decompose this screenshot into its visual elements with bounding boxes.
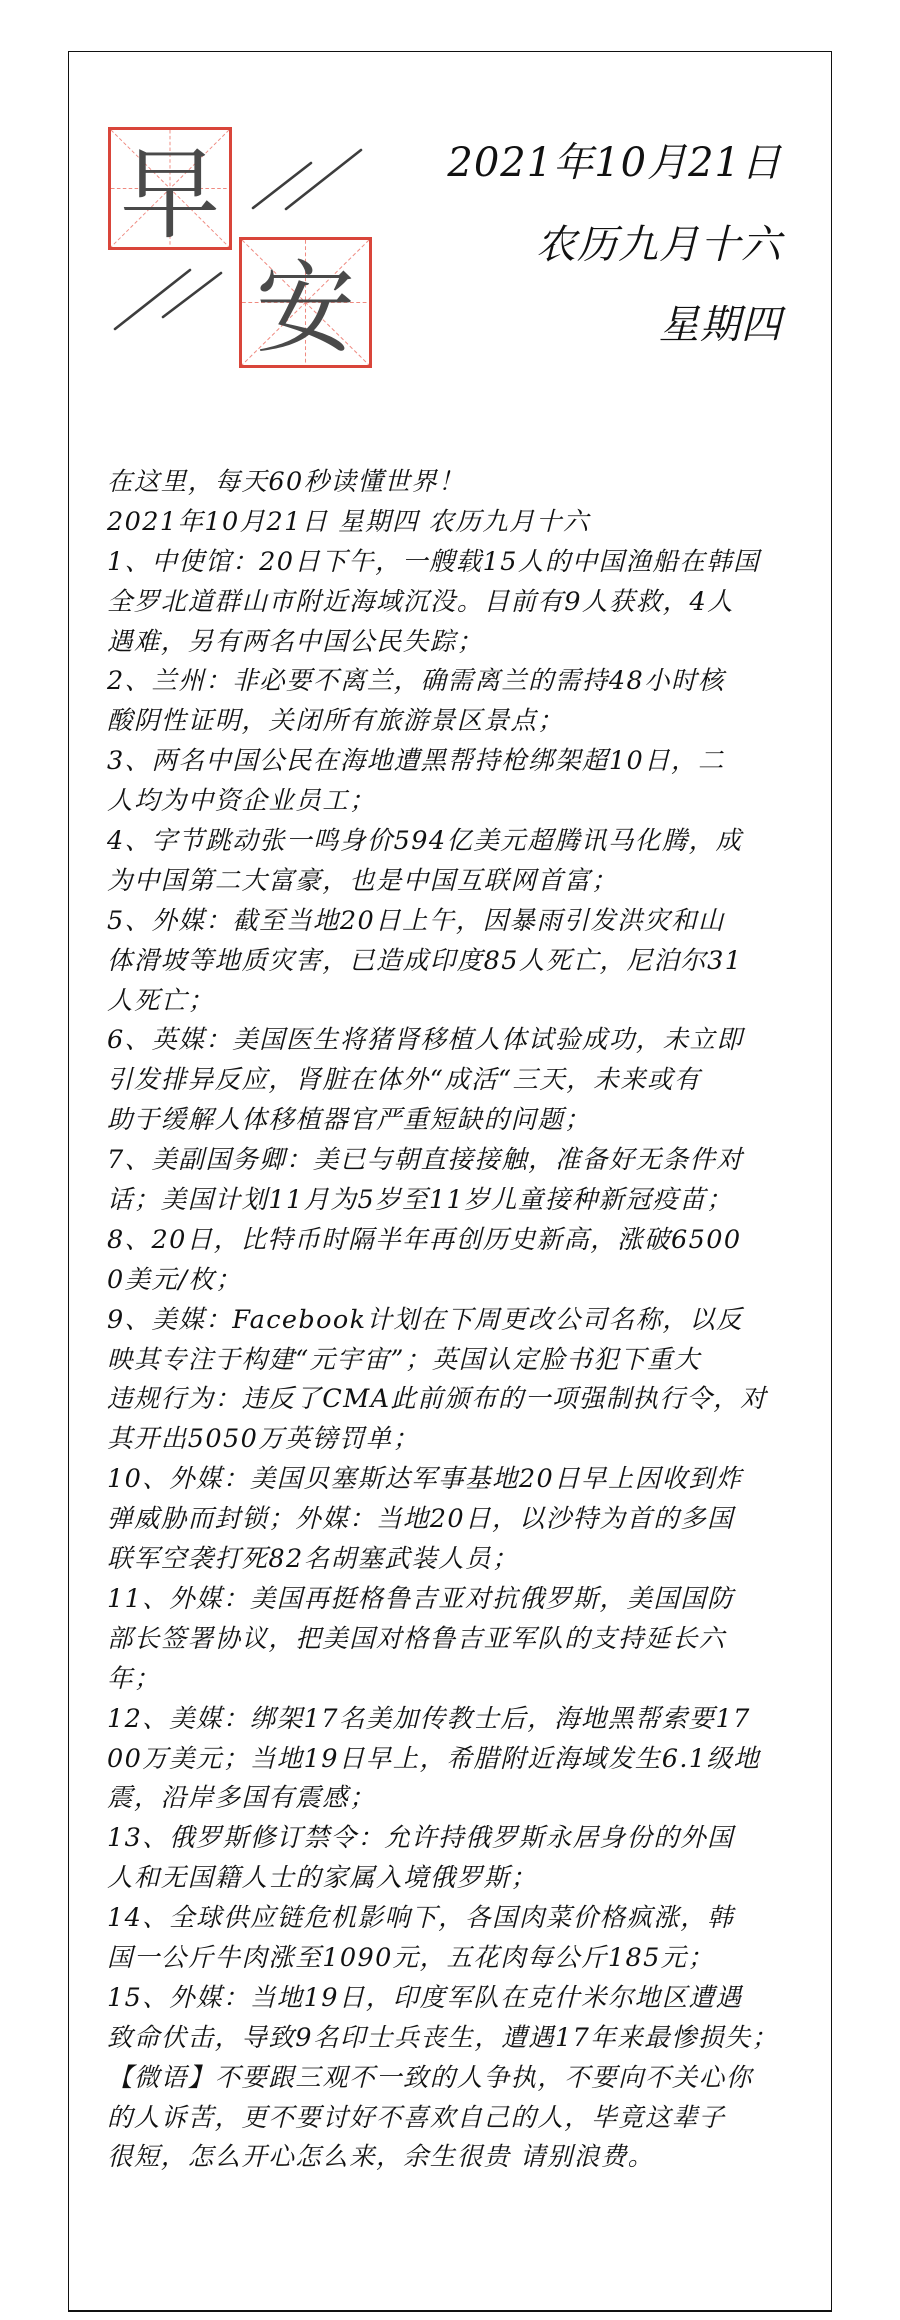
news-line: 5、外媒：截至当地20日上午，因暴雨引发洪灾和山	[107, 902, 807, 942]
gregorian-date: 2021年10月21日	[447, 139, 782, 187]
lunar-date: 农历九月十六	[536, 221, 782, 269]
news-line: 15、外媒：当地19日，印度军队在克什米尔地区遭遇	[107, 1979, 807, 2019]
news-line: 7、美副国务卿：美已与朝直接接触，准备好无条件对	[107, 1141, 807, 1181]
news-line: 全罗北道群山市附近海域沉没。目前有9人获救，4人	[107, 583, 807, 623]
news-line: 部长签署协议，把美国对格鲁吉亚军队的支持延长六	[107, 1620, 807, 1660]
greeting-box-zao: 早	[108, 127, 232, 250]
news-line: 国一公斤牛肉涨至1090元，五花肉每公斤185元；	[107, 1939, 807, 1979]
news-line: 14、全球供应链危机影响下，各国肉菜价格疯涨，韩	[107, 1899, 807, 1939]
news-line: 9、美媒：Facebook计划在下周更改公司名称，以反	[107, 1301, 807, 1341]
news-line: 10、外媒：美国贝塞斯达军事基地20日早上因收到炸	[107, 1460, 807, 1500]
news-line: 助于缓解人体移植器官严重短缺的问题；	[107, 1101, 807, 1141]
weekday: 星期四	[659, 301, 782, 349]
news-line: 违规行为：违反了CMA此前颁布的一项强制执行令，对	[107, 1380, 807, 1420]
news-line: 8、20日，比特币时隔半年再创历史新高，涨破6500	[107, 1221, 807, 1261]
news-line: 人均为中资企业员工；	[107, 782, 807, 822]
greeting-char: 早	[111, 130, 229, 247]
news-line: 人死亡；	[107, 982, 807, 1022]
news-line: 人和无国籍人士的家属入境俄罗斯；	[107, 1859, 807, 1899]
news-line: 2、兰州：非必要不离兰，确需离兰的需持48小时核	[107, 662, 807, 702]
quote-line: 【微语】不要跟三观不一致的人争执，不要向不关心你	[107, 2059, 807, 2099]
news-line: 00万美元；当地19日早上，希腊附近海域发生6.1级地	[107, 1740, 807, 1780]
news-line: 体滑坡等地质灾害，已造成印度85人死亡，尼泊尔31	[107, 942, 807, 982]
news-body: 在这里，每天60秒读懂世界！ 2021年10月21日 星期四 农历九月十六 1、…	[107, 463, 807, 2178]
news-line: 为中国第二大富豪，也是中国互联网首富；	[107, 862, 807, 902]
news-line: 0美元/枚；	[107, 1261, 807, 1301]
greeting-char: 安	[242, 240, 369, 365]
news-line: 话；美国计划11月为5岁至11岁儿童接种新冠疫苗；	[107, 1181, 807, 1221]
news-line: 12、美媒：绑架17名美加传教士后，海地黑帮索要17	[107, 1700, 807, 1740]
news-line: 4、字节跳动张一鸣身价594亿美元超腾讯马化腾，成	[107, 822, 807, 862]
news-line: 1、中使馆：20日下午，一艘载15人的中国渔船在韩国	[107, 543, 807, 583]
news-line: 13、俄罗斯修订禁令：允许持俄罗斯永居身份的外国	[107, 1819, 807, 1859]
greeting-box-an: 安	[239, 237, 372, 368]
news-line: 震，沿岸多国有震感；	[107, 1779, 807, 1819]
news-line: 其开出5050万英镑罚单；	[107, 1420, 807, 1460]
date-line: 2021年10月21日 星期四 农历九月十六	[107, 503, 807, 543]
news-line: 酸阴性证明，关闭所有旅游景区景点；	[107, 702, 807, 742]
news-line: 致命伏击，导致9名印士兵丧生，遭遇17年来最惨损失；	[107, 2019, 807, 2059]
news-line: 联军空袭打死82名胡塞武装人员；	[107, 1540, 807, 1580]
quote-line: 的人诉苦，更不要讨好不喜欢自己的人，毕竟这辈子	[107, 2099, 807, 2139]
news-line: 年；	[107, 1660, 807, 1700]
news-line: 映其专注于构建“元宇宙”；英国认定脸书犯下重大	[107, 1341, 807, 1381]
news-line: 6、英媒：美国医生将猪肾移植人体试验成功，未立即	[107, 1021, 807, 1061]
news-line: 引发排异反应，肾脏在体外“成活“三天，未来或有	[107, 1061, 807, 1101]
news-line: 11、外媒：美国再挺格鲁吉亚对抗俄罗斯，美国国防	[107, 1580, 807, 1620]
news-line: 遇难，另有两名中国公民失踪；	[107, 623, 807, 663]
news-line: 3、两名中国公民在海地遭黑帮持枪绑架超10日，二	[107, 742, 807, 782]
intro-line: 在这里，每天60秒读懂世界！	[107, 463, 807, 503]
news-line: 弹威胁而封锁；外媒：当地20日，以沙特为首的多国	[107, 1500, 807, 1540]
quote-line: 很短，怎么开心怎么来，余生很贵 请别浪费。	[107, 2138, 807, 2178]
